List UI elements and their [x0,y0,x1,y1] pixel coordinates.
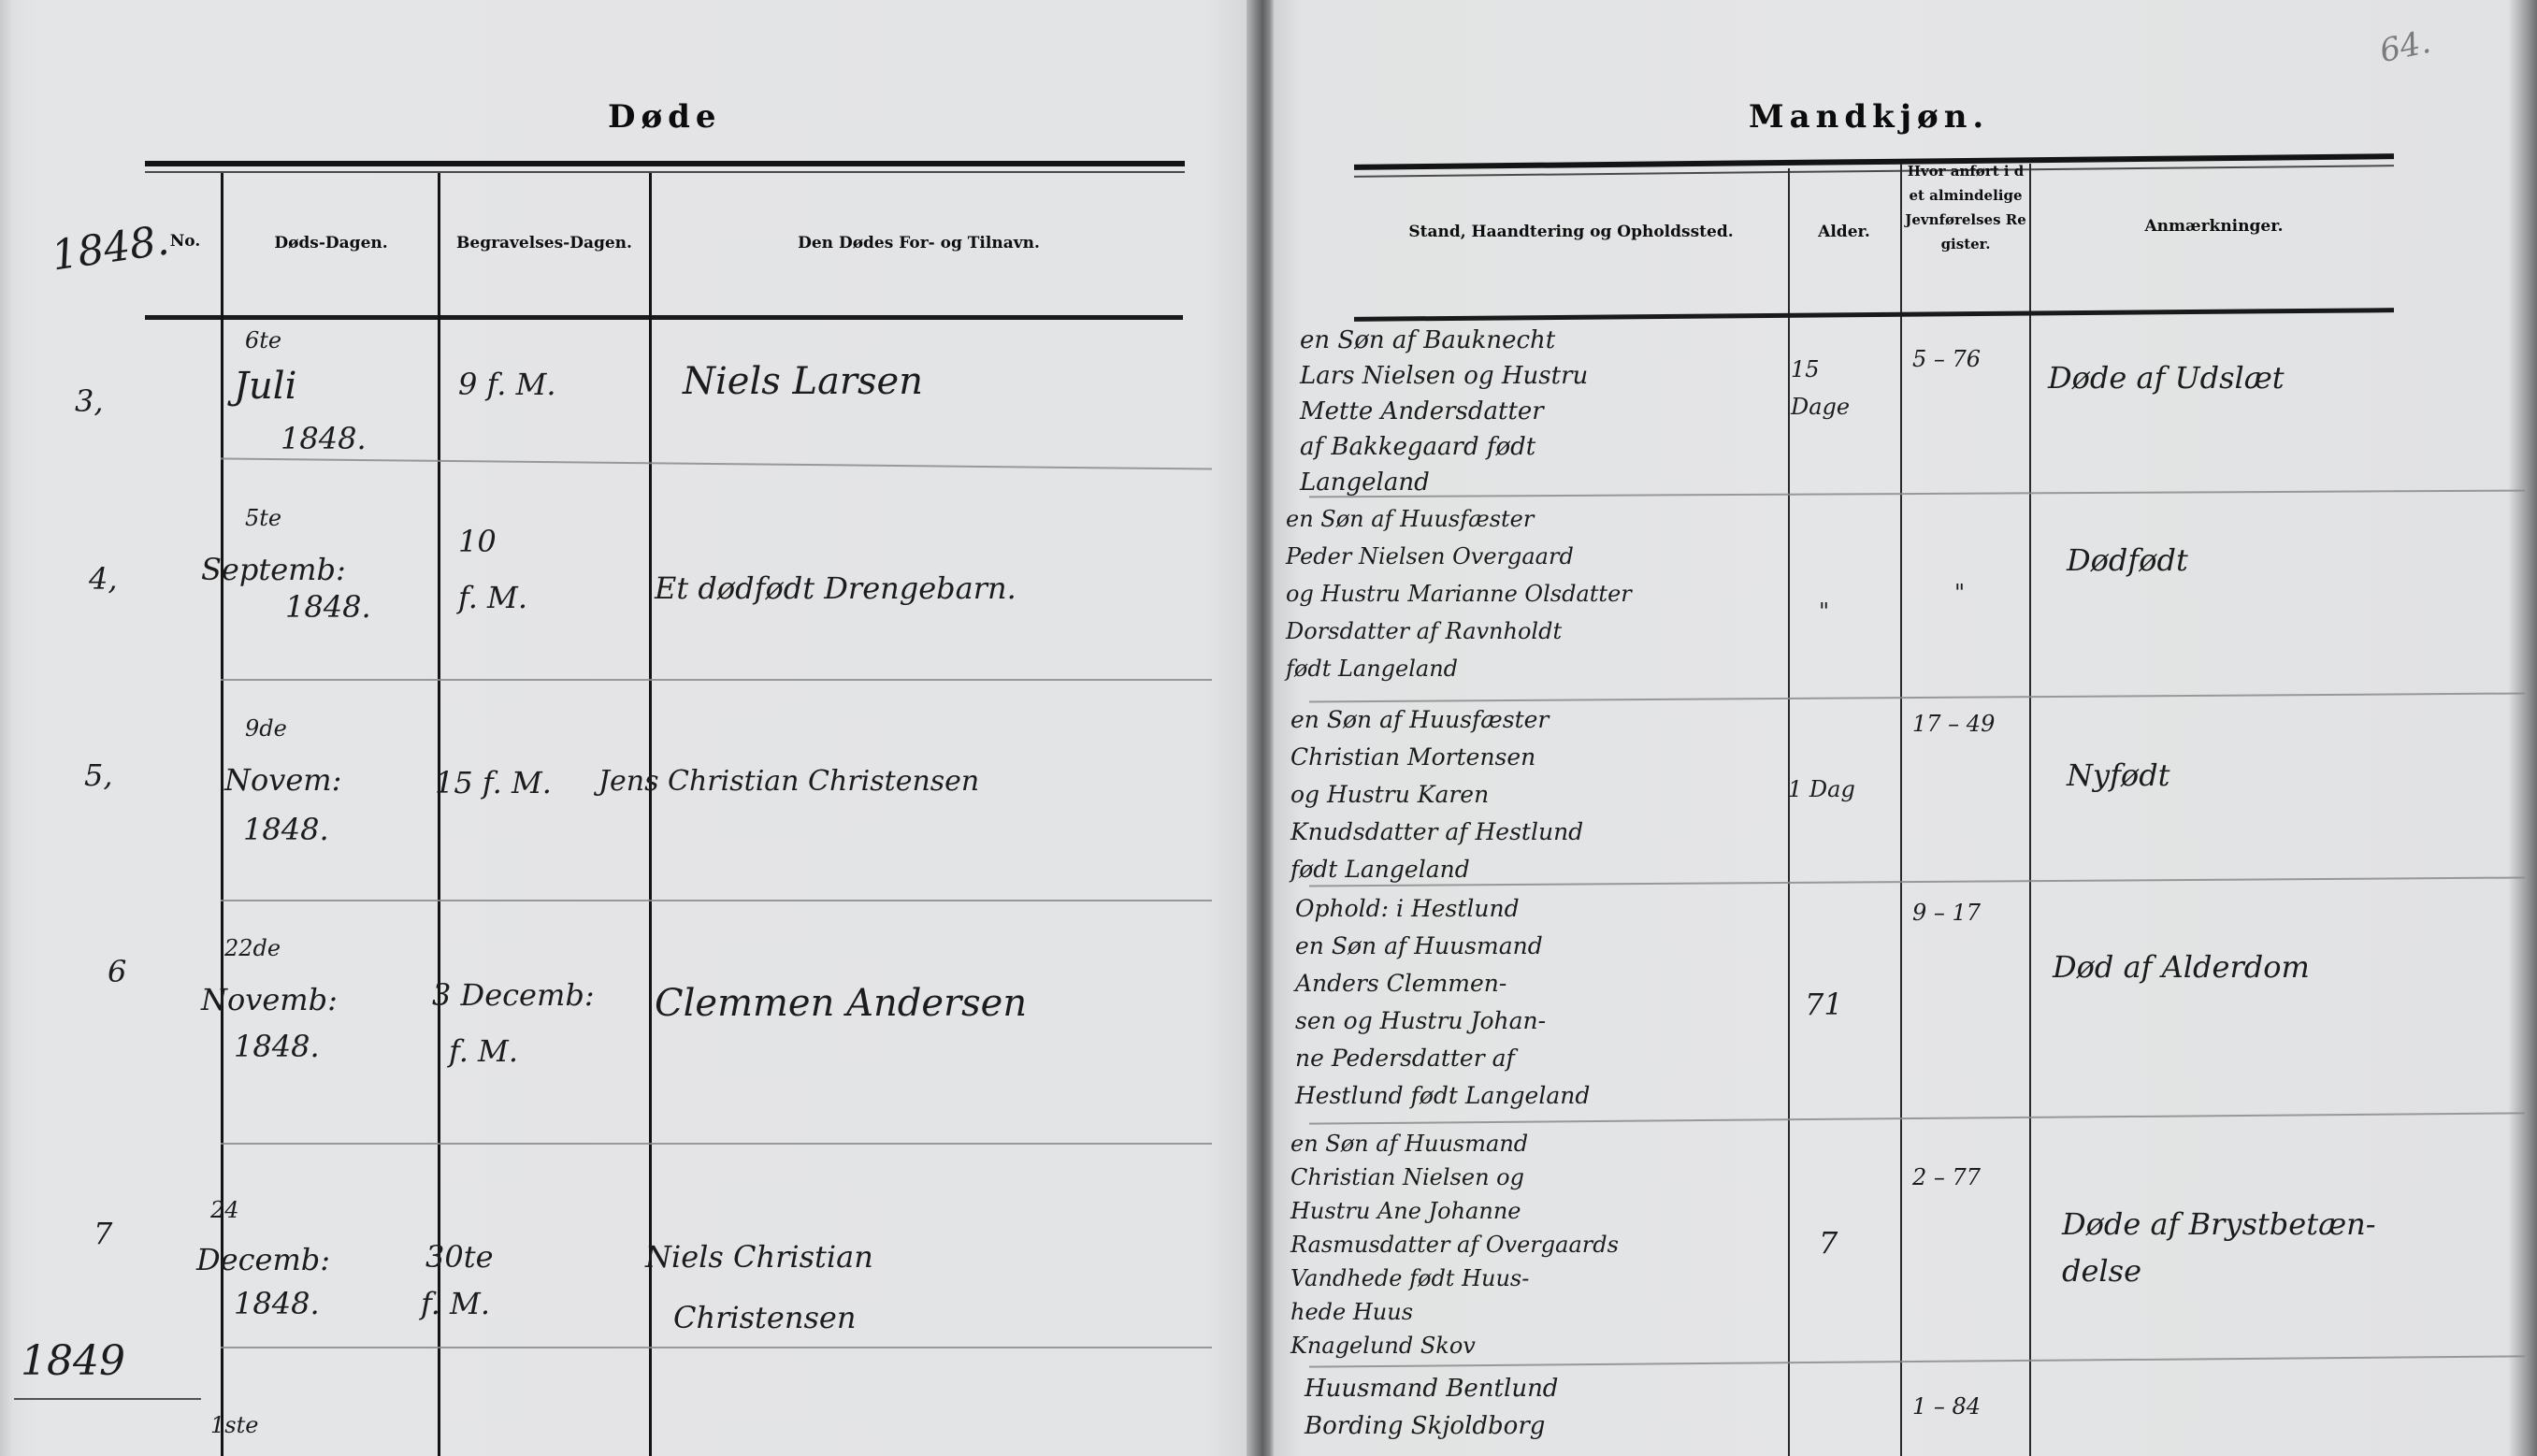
left-page-title: Døde [608,98,722,136]
entry-burial-date-day: 10 [458,524,497,559]
entry-death-date-month: Decemb: [196,1242,330,1277]
entry-no: 6 [108,954,126,989]
entry-death-date-day: 6te [245,327,281,353]
entry-no: 4, [89,561,118,597]
left-row-divider [221,900,1212,901]
book-spine [1247,0,1274,1456]
entry-burial-date-time: f. M. [458,580,527,615]
entry-no: 5, [84,757,113,793]
entry-remarks-line1: Døde af Brystbetæn- [2062,1206,2376,1242]
entry-death-date-year: 1848. [243,812,329,847]
entry-age: 7 [1819,1225,1838,1261]
entry-status: Ophold: i Hestlund en Søn af Huusmand An… [1295,890,1590,1115]
entry-burial-date-time: f. M. [421,1286,490,1321]
header-status: Stand, Haandtering og Opholdssted. [1356,221,1786,244]
entry-burial-date-time: f. M. [449,1033,518,1069]
entry-name: Niels Larsen [683,360,923,403]
entry-status: en Søn af Bauknecht Lars Nielsen og Hust… [1300,323,1588,500]
entry-remarks: Dødfødt [2067,542,2188,578]
entry-age: " [1819,598,1829,625]
entry-death-date-year: 1848. [281,421,367,456]
header-remarks: Anmærkninger. [2034,215,2394,238]
entry-age: 71 [1805,987,1843,1022]
entry-burial-date: 15 f. M. [435,765,552,800]
left-row-divider [221,679,1212,681]
entry-no: 7 [94,1216,112,1251]
left-header-top-rule-thin [145,171,1185,173]
left-page [0,0,1247,1456]
right-page-title: Mandkjøn. [1749,98,1989,136]
right-col-line-1 [1788,168,1790,1456]
entry-age: 1 Dag [1788,776,1855,802]
left-header-top-rule [145,161,1185,166]
left-header-bottom-rule [145,315,1183,320]
header-burial-date: Begravelses-Dagen. [440,232,649,255]
entry-remarks: Døde af Udslæt [2048,360,2285,396]
entry-remarks: Død af Alderdom [2053,949,2310,985]
entry-death-date-year: 1848. [234,1286,320,1321]
entry-register: 5 – 76 [1912,346,1981,372]
entry-name-line2: Christensen [673,1300,856,1335]
year-underline [14,1398,201,1400]
entry-register: 17 – 49 [1912,711,1995,737]
entry-status: en Søn af Huusfæster Peder Nielsen Overg… [1286,500,1632,687]
entry-death-date-day: 1ste [210,1412,258,1438]
entry-death-date-year: 1848. [234,1029,320,1064]
year-label-1849: 1849 [21,1337,125,1385]
entry-death-date-day: 9de [245,715,287,742]
entry-register: 1 – 84 [1912,1393,1981,1420]
header-no: No. [157,230,213,253]
entry-name-line1: Niels Christian [645,1239,873,1275]
left-row-divider [221,1143,1212,1145]
entry-name: Jens Christian Christensen [598,765,979,798]
left-row-divider [221,1347,1212,1348]
entry-no: 3, [75,383,104,419]
entry-burial-date-day: 3 Decemb: [432,977,595,1013]
entry-status: Huusmand Bentlund Bording Skjoldborg [1305,1370,1558,1445]
entry-remarks-line2: delse [2062,1253,2141,1289]
entry-death-date-year: 1848. [285,589,371,625]
entry-status: en Søn af Huusmand Christian Nielsen og … [1290,1127,1619,1362]
entry-register: 9 – 17 [1912,900,1981,926]
entry-age: 15 Dage [1791,351,1850,425]
header-register: Hvor anført i det almindelige Jevnførels… [1904,159,2027,256]
entry-register: 2 – 77 [1912,1164,1981,1190]
entry-status: en Søn af Huusfæster Christian Mortensen… [1290,701,1583,888]
entry-death-date-day: 24 [210,1197,239,1223]
header-death-date: Døds-Dagen. [224,232,438,255]
entry-remarks: Nyfødt [2067,757,2170,793]
entry-death-date-month: Novemb: [201,982,338,1017]
entry-name: Clemmen Andersen [655,982,1027,1025]
entry-death-date-month: Juli [234,365,296,408]
entry-death-date-day: 22de [224,935,281,961]
header-age: Alder. [1790,221,1898,244]
entry-death-date-month: Novem: [224,762,341,798]
right-col-line-3 [2029,164,2031,1456]
right-col-line-2 [1900,164,1902,1456]
header-name: Den Dødes For- og Tilnavn. [655,232,1183,255]
entry-burial-date: 9 f. M. [458,367,556,402]
entry-death-date-month: Septemb: [201,552,346,587]
entry-burial-date-day: 30te [425,1239,494,1275]
entry-death-date-day: 5te [245,505,281,531]
entry-register: " [1954,580,1965,606]
entry-name: Et dødfødt Drengebarn. [655,570,1016,606]
